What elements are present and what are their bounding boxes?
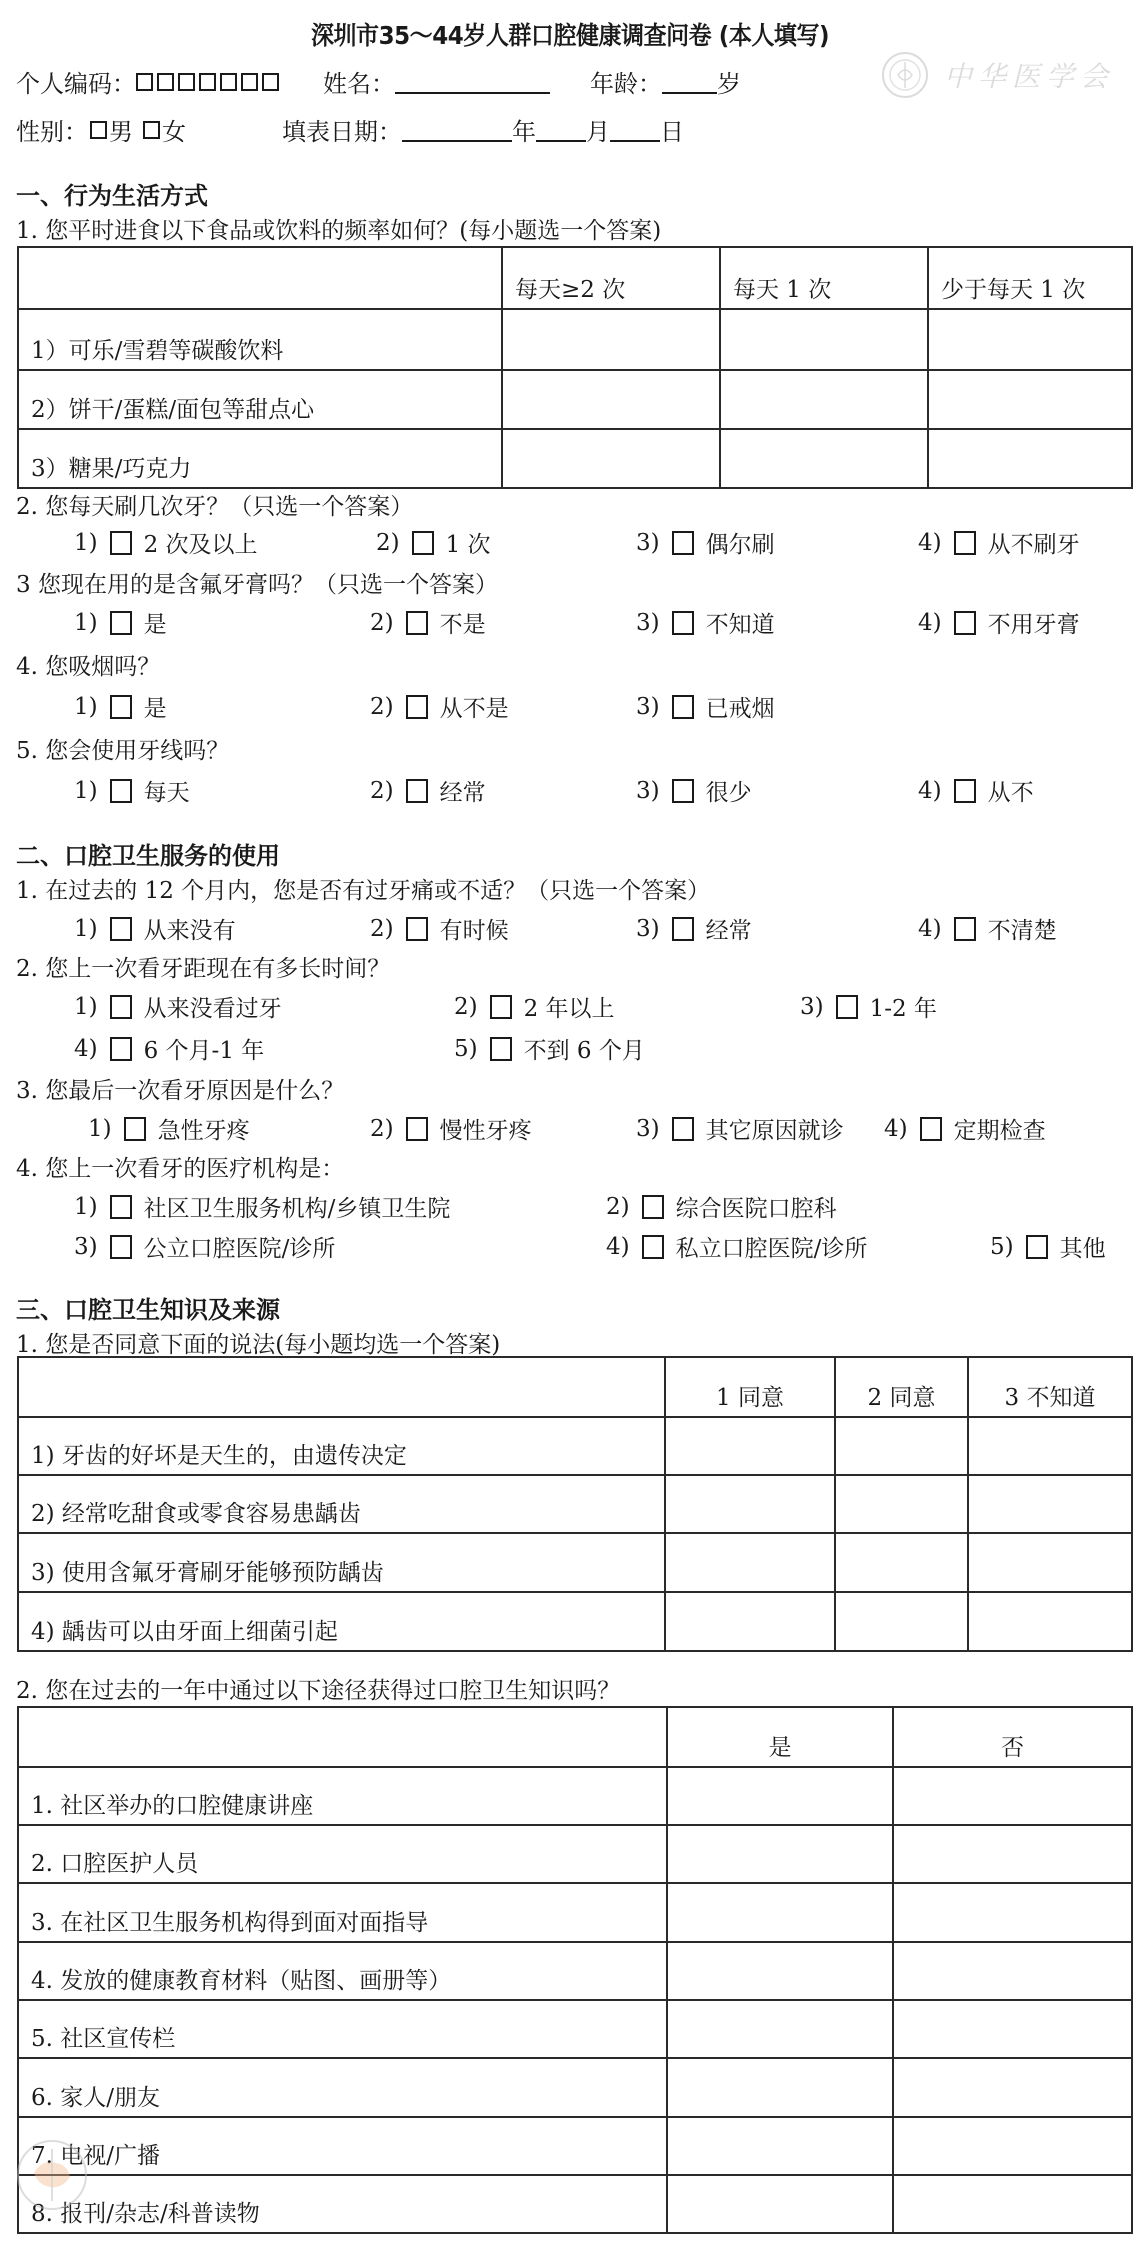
checkbox[interactable] [672,611,694,635]
table-row: 4) 龋齿可以由牙面上细菌引起 [18,1592,1132,1651]
checkbox[interactable] [110,531,132,555]
table-row: 2. 口腔医护人员 [18,1825,1132,1883]
id-digit-box[interactable] [178,73,195,91]
header-cell: 1 同意 [665,1357,835,1417]
answer-cell[interactable] [667,2000,893,2058]
option[interactable]: 4)不用牙膏 [918,606,1080,639]
watermark-top: 中华医学会 [880,40,1140,110]
checkbox[interactable] [672,917,694,941]
date-day-unit: 日 [660,112,684,147]
option[interactable]: 1)每天 [74,774,190,807]
answer-cell[interactable] [893,1767,1132,1825]
table-header-row: 每天≥2 次 每天 1 次 少于每天 1 次 [18,247,1132,309]
option[interactable]: 3)偶尔刷 [636,526,775,559]
table-row: 2）饼干/蛋糕/面包等甜点心 [18,370,1132,429]
checkbox[interactable] [110,1037,132,1061]
table-row: 3）糖果/巧克力 [18,429,1132,488]
option[interactable]: 3)不知道 [636,606,775,639]
s3-q2-table: 是 否 1. 社区举办的口腔健康讲座 2. 口腔医护人员 3. 在社区卫生服务机… [17,1706,1133,2234]
checkbox[interactable] [110,779,132,803]
option[interactable]: 2)综合医院口腔科 [606,1190,837,1223]
header-cell: 3 不知道 [968,1357,1132,1417]
checkbox[interactable] [954,779,976,803]
seal-logo-icon [12,2135,112,2235]
sex-female-label: 女 [162,112,186,147]
checkbox[interactable] [412,531,434,555]
id-digit-box[interactable] [241,73,258,91]
option[interactable]: 1)2 次及以上 [74,526,258,559]
checkbox[interactable] [490,1037,512,1061]
answer-cell[interactable] [968,1475,1132,1533]
date-year-unit: 年 [512,112,536,147]
s3-q1-table: 1 同意 2 同意 3 不知道 1) 牙齿的好坏是天生的，由遗传决定 2) 经常… [17,1356,1133,1652]
sex-male-label: 男 [109,112,133,147]
answer-cell[interactable] [667,1942,893,2000]
option[interactable]: 1)从来没有 [74,912,236,945]
option[interactable]: 1)是 [74,606,167,639]
checkbox[interactable] [406,779,428,803]
header-row-2: 性别： 男 女 填表日期： 年 月 日 [16,112,684,147]
s1-q1-text: 1. 您平时进食以下食品或饮料的频率如何？(每小题选一个答案) [16,212,661,245]
header-cell [18,1357,665,1417]
row-label: 8. 报刊/杂志/科普读物 [18,2175,667,2233]
s2-q3-text: 3. 您最后一次看牙原因是什么？ [16,1072,344,1105]
row-label: 4. 发放的健康教育材料（贴图、画册等） [18,1942,667,2000]
row-label: 7. 电视/广播 [18,2117,667,2175]
checkbox[interactable] [672,531,694,555]
checkbox[interactable] [406,611,428,635]
answer-cell[interactable] [968,1592,1132,1651]
date-label: 填表日期： [282,112,402,147]
option[interactable]: 3)经常 [636,912,752,945]
table-row: 1) 牙齿的好坏是天生的，由遗传决定 [18,1417,1132,1475]
sex-female-checkbox[interactable] [143,121,160,139]
option[interactable]: 4)从不刷牙 [918,526,1080,559]
option[interactable]: 4)6 个月-1 年 [74,1032,264,1065]
answer-cell[interactable] [835,1417,968,1475]
table-row: 2) 经常吃甜食或零食容易患龋齿 [18,1475,1132,1533]
checkbox[interactable] [1026,1235,1048,1259]
answer-cell[interactable] [667,1767,893,1825]
answer-cell[interactable] [667,1883,893,1942]
option[interactable]: 4)私立口腔医院/诊所 [606,1230,867,1263]
id-digit-box[interactable] [157,73,174,91]
answer-cell[interactable] [665,1417,835,1475]
checkbox[interactable] [110,1195,132,1219]
answer-cell[interactable] [502,429,720,488]
row-label: 2) 经常吃甜食或零食容易患龋齿 [18,1475,665,1533]
header-cell: 是 [667,1707,893,1767]
answer-cell[interactable] [720,429,928,488]
answer-cell[interactable] [893,1825,1132,1883]
row-label: 1）可乐/雪碧等碳酸饮料 [18,309,502,370]
answer-cell[interactable] [502,309,720,370]
option[interactable]: 3)公立口腔医院/诊所 [74,1230,335,1263]
table-row: 8. 报刊/杂志/科普读物 [18,2175,1132,2233]
checkbox[interactable] [110,1235,132,1259]
name-label: 姓名： [323,64,395,99]
row-label: 3) 使用含氟牙膏刷牙能够预防龋齿 [18,1533,665,1592]
s3-q1-text: 1. 您是否同意下面的说法(每小题均选一个答案) [16,1326,500,1359]
option[interactable]: 3)已戒烟 [636,690,775,723]
header-cell: 每天≥2 次 [502,247,720,309]
table-row: 3. 在社区卫生服务机构得到面对面指导 [18,1883,1132,1942]
answer-cell[interactable] [893,2117,1132,2175]
section-2-heading: 二、口腔卫生服务的使用 [16,836,280,871]
option[interactable]: 4)从不 [918,774,1034,807]
option[interactable]: 2)有时候 [370,912,509,945]
checkbox[interactable] [920,1117,942,1141]
option[interactable]: 4)不清楚 [918,912,1057,945]
answer-cell[interactable] [667,2175,893,2233]
age-unit: 岁 [717,64,741,99]
checkbox[interactable] [110,611,132,635]
checkbox[interactable] [954,611,976,635]
s2-q1-text: 1. 在过去的 12 个月内，您是否有过牙痛或不适？（只选一个答案） [16,872,710,905]
table-row: 1）可乐/雪碧等碳酸饮料 [18,309,1132,370]
option[interactable]: 3)其它原因就诊 [636,1112,844,1145]
header-row-1: 个人编码： 姓名： 年龄： 岁 [16,64,741,99]
answer-cell[interactable] [667,2117,893,2175]
s1-q3-text: 3 您现在用的是含氟牙膏吗？（只选一个答案） [16,566,498,599]
header-cell: 否 [893,1707,1132,1767]
answer-cell[interactable] [665,1475,835,1533]
answer-cell[interactable] [928,429,1132,488]
table-row: 5. 社区宣传栏 [18,2000,1132,2058]
option[interactable]: 1)急性牙疼 [88,1112,250,1145]
checkbox[interactable] [406,917,428,941]
seal-logo-icon [880,50,930,100]
table-row: 3) 使用含氟牙膏刷牙能够预防龋齿 [18,1533,1132,1592]
row-label: 2. 口腔医护人员 [18,1825,667,1883]
date-day-field[interactable] [610,118,660,142]
row-label: 2）饼干/蛋糕/面包等甜点心 [18,370,502,429]
option[interactable]: 2)经常 [370,774,486,807]
id-digit-box[interactable] [262,73,279,91]
date-year-field[interactable] [402,118,512,142]
header-cell: 2 同意 [835,1357,968,1417]
option[interactable]: 2)从不是 [370,690,509,723]
row-label: 5. 社区宣传栏 [18,2000,667,2058]
s1-q1-table: 每天≥2 次 每天 1 次 少于每天 1 次 1）可乐/雪碧等碳酸饮料 2）饼干… [17,246,1133,489]
personal-id-boxes[interactable] [136,73,281,91]
row-label: 1) 牙齿的好坏是天生的，由遗传决定 [18,1417,665,1475]
age-field[interactable] [662,70,717,94]
s1-q2-text: 2. 您每天刷几次牙？（只选一个答案） [16,488,413,521]
header-cell: 少于每天 1 次 [928,247,1132,309]
sex-label: 性别： [16,112,88,147]
id-digit-box[interactable] [199,73,216,91]
option[interactable]: 2)1 次 [376,526,491,559]
section-1-heading: 一、行为生活方式 [16,176,208,211]
option[interactable]: 2)2 年以上 [454,990,615,1023]
date-month-field[interactable] [536,118,586,142]
option[interactable]: 3)1-2 年 [800,990,937,1023]
checkbox[interactable] [672,695,694,719]
answer-cell[interactable] [720,370,928,429]
answer-cell[interactable] [893,1883,1132,1942]
checkbox[interactable] [954,531,976,555]
answer-cell[interactable] [835,1592,968,1651]
checkbox[interactable] [110,695,132,719]
checkbox[interactable] [642,1235,664,1259]
answer-cell[interactable] [667,1825,893,1883]
header-cell [18,247,502,309]
s2-q2-text: 2. 您上一次看牙距现在有多长时间？ [16,950,390,983]
answer-cell[interactable] [665,1592,835,1651]
id-digit-box[interactable] [136,73,153,91]
checkbox[interactable] [490,995,512,1019]
answer-cell[interactable] [928,370,1132,429]
header-cell: 每天 1 次 [720,247,928,309]
checkbox[interactable] [110,995,132,1019]
s1-q4-text: 4. 您吸烟吗？ [16,648,160,681]
answer-cell[interactable] [968,1417,1132,1475]
answer-cell[interactable] [665,1533,835,1592]
table-row: 6. 家人/朋友 [18,2058,1132,2117]
answer-cell[interactable] [893,2058,1132,2117]
sex-male-checkbox[interactable] [90,121,107,139]
section-3-heading: 三、口腔卫生知识及来源 [16,1290,280,1325]
date-month-unit: 月 [586,112,610,147]
option[interactable]: 4)定期检查 [884,1112,1046,1145]
answer-cell[interactable] [968,1533,1132,1592]
checkbox[interactable] [954,917,976,941]
table-row: 4. 发放的健康教育材料（贴图、画册等） [18,1942,1132,2000]
option[interactable]: 1)社区卫生服务机构/乡镇卫生院 [74,1190,450,1223]
table-header-row: 1 同意 2 同意 3 不知道 [18,1357,1132,1417]
table-row: 1. 社区举办的口腔健康讲座 [18,1767,1132,1825]
table-header-row: 是 否 [18,1707,1132,1767]
row-label: 3. 在社区卫生服务机构得到面对面指导 [18,1883,667,1942]
option[interactable]: 2)不是 [370,606,486,639]
answer-cell[interactable] [835,1475,968,1533]
option[interactable]: 1)是 [74,690,167,723]
checkbox[interactable] [124,1117,146,1141]
answer-cell[interactable] [893,1942,1132,2000]
table-row: 7. 电视/广播 [18,2117,1132,2175]
answer-cell[interactable] [928,309,1132,370]
personal-id-label: 个人编码： [16,64,136,99]
row-label: 4) 龋齿可以由牙面上细菌引起 [18,1592,665,1651]
watermark-text: 中华医学会 [944,55,1114,95]
option[interactable]: 3)很少 [636,774,752,807]
age-label: 年龄： [590,64,662,99]
checkbox[interactable] [110,917,132,941]
answer-cell[interactable] [893,2000,1132,2058]
s1-q5-text: 5. 您会使用牙线吗？ [16,732,229,765]
checkbox[interactable] [406,1117,428,1141]
answer-cell[interactable] [720,309,928,370]
s2-q4-text: 4. 您上一次看牙的医疗机构是： [16,1150,344,1183]
id-digit-box[interactable] [220,73,237,91]
row-label: 3）糖果/巧克力 [18,429,502,488]
answer-cell[interactable] [835,1533,968,1592]
checkbox[interactable] [642,1195,664,1219]
answer-cell[interactable] [893,2175,1132,2233]
checkbox[interactable] [836,995,858,1019]
checkbox[interactable] [672,779,694,803]
name-field[interactable] [395,70,550,94]
checkbox[interactable] [672,1117,694,1141]
option[interactable]: 1)从来没看过牙 [74,990,282,1023]
checkbox[interactable] [406,695,428,719]
answer-cell[interactable] [502,370,720,429]
header-cell [18,1707,667,1767]
watermark-bottom [12,2135,112,2235]
option[interactable]: 5)不到 6 个月 [454,1032,645,1065]
row-label: 6. 家人/朋友 [18,2058,667,2117]
s3-q2-text: 2. 您在过去的一年中通过以下途径获得过口腔卫生知识吗？ [16,1672,620,1705]
option[interactable]: 5)其他 [990,1230,1106,1263]
option[interactable]: 2)慢性牙疼 [370,1112,532,1145]
row-label: 1. 社区举办的口腔健康讲座 [18,1767,667,1825]
answer-cell[interactable] [667,2058,893,2117]
